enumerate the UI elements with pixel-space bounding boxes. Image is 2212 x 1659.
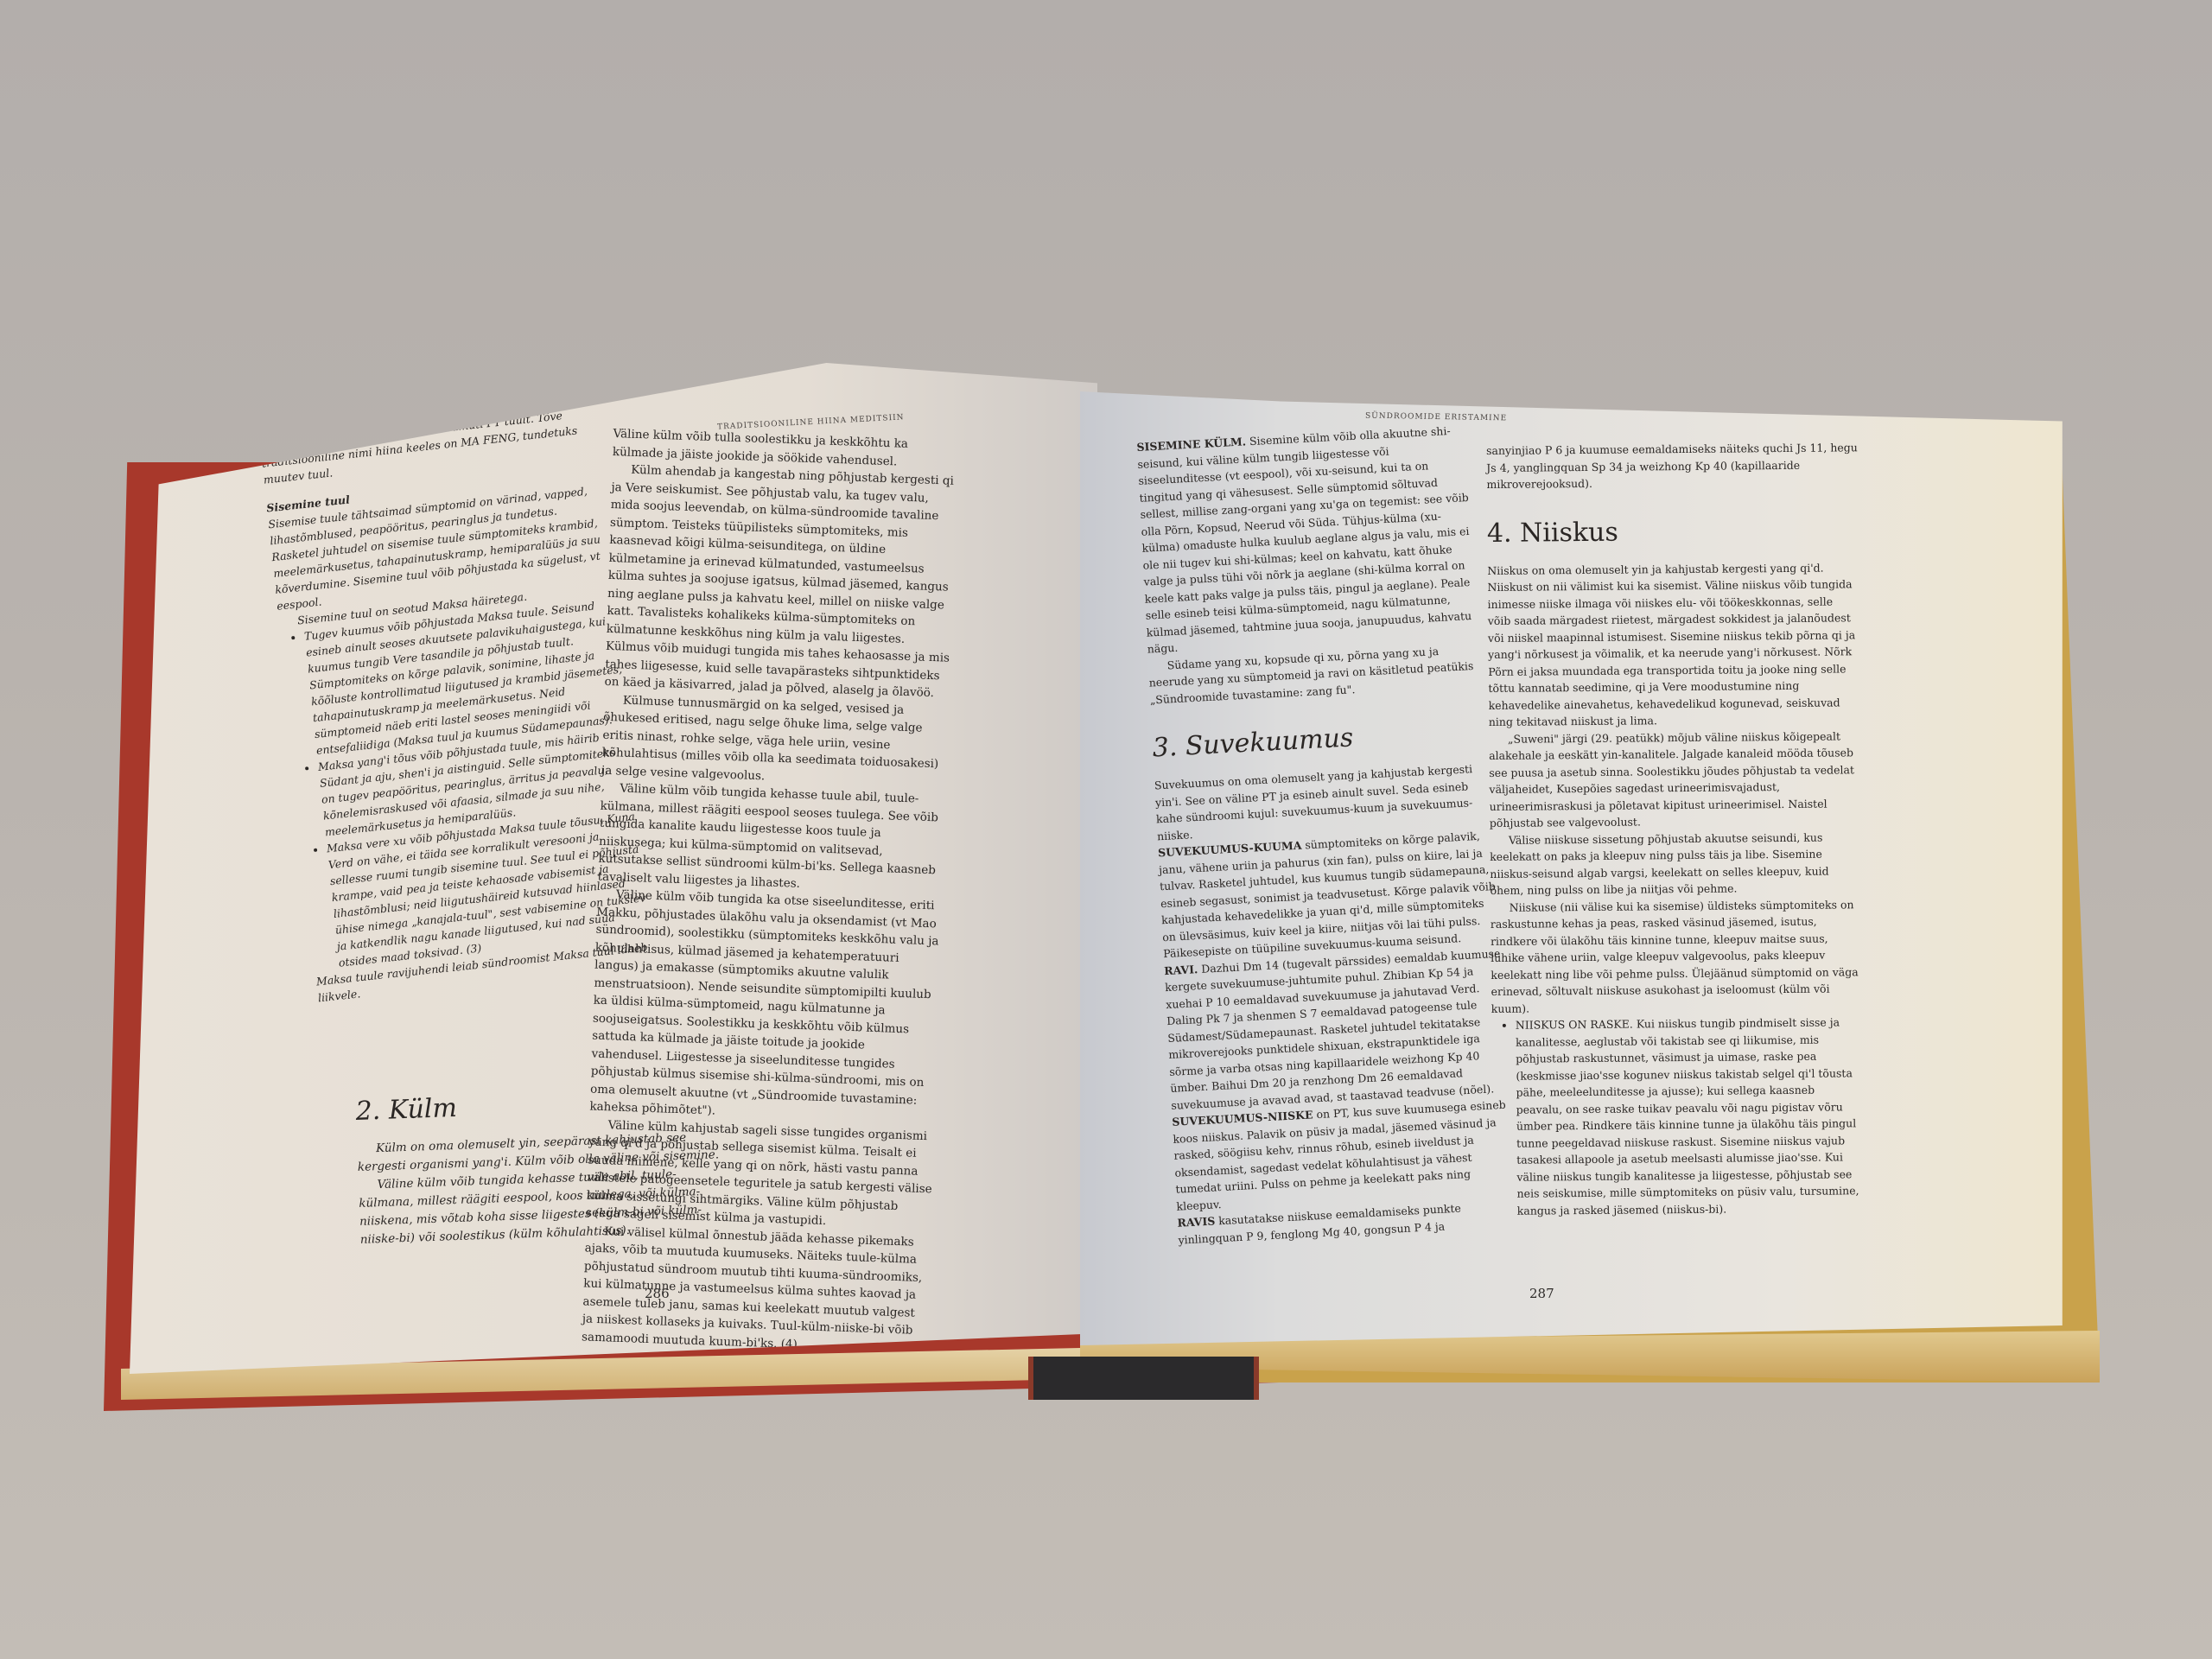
term-label: RAVIS xyxy=(1177,1214,1215,1229)
paragraph-text: Sisemine külm võib olla akuutne shi-seis… xyxy=(1137,424,1471,656)
paragraph-sisemine-kulm: SISEMINE KÜLM. Sisemine külm võib olla a… xyxy=(1136,422,1484,658)
right-page: SÜNDROOMIDE ERISTAMINE SISEMINE KÜLM. Si… xyxy=(1080,372,2082,1365)
paragraph: Niiskuse (nii välise kui ka sisemise) ül… xyxy=(1491,896,1863,1017)
paragraph: Väline külm võib tungida ka otse siseelu… xyxy=(589,886,943,1128)
term-label: SISEMINE KÜLM. xyxy=(1136,435,1246,454)
page-number-left: 286 xyxy=(645,1286,670,1301)
running-header-right: SÜNDROOMIDE ERISTAMINE xyxy=(1365,412,1507,423)
paragraph-text: Dazhui Dm 14 (tugevalt pärssides) eemald… xyxy=(1165,946,1501,1111)
paragraph: „Suweni" järgi (29. peatükk) mõjub välin… xyxy=(1489,728,1861,832)
right-page-column-1: SISEMINE KÜLM. Sisemine külm võib olla a… xyxy=(1136,422,1516,1249)
open-book: TRADITSIOONILINE HIINA MEDITSIIN Pidalit… xyxy=(0,0,2212,1659)
paragraph: Külmuse tunnusmärgid on ka selged, vesis… xyxy=(601,690,950,791)
bullet-item: NIISKUS ON RASKE. Kui niiskus tungib pin… xyxy=(1516,1014,1865,1218)
paragraph-ravi: RAVI. Dazhui Dm 14 (tugevalt pärssides) … xyxy=(1164,944,1509,1114)
paragraph: Väline külm võib tungida kehasse tuule a… xyxy=(597,779,946,898)
paragraph: Niiskus on oma olemuselt yin ja kahjusta… xyxy=(1487,559,1860,731)
bullet-list: NIISKUS ON RASKE. Kui niiskus tungib pin… xyxy=(1491,1014,1865,1219)
left-page-column-2: Väline külm võib tulla soolestikku ja ke… xyxy=(582,425,959,1357)
paragraph-kuuma: SUVEKUUMUS-KUUMA sümptomiteks on kõrge p… xyxy=(1158,827,1501,963)
paragraph: Välise niiskuse sissetung põhjustab akuu… xyxy=(1490,829,1862,899)
term-label: RAVI. xyxy=(1164,963,1198,977)
bullet-list: Tugev kuumus võib põhjustada Maksa tuule… xyxy=(279,595,651,974)
section-heading-suvekuumus: 3. Suvekuumus xyxy=(1152,716,1490,763)
page-number-right: 287 xyxy=(1529,1286,1554,1301)
section-heading-niiskus: 4. Niiskus xyxy=(1487,516,1859,549)
paragraph: Kui välisel külmal õnnestub jääda kehass… xyxy=(582,1222,931,1357)
paragraph: Külm ahendab ja kangestab ning põhjustab… xyxy=(604,461,957,702)
paragraph: Väline külm kahjustab sageli sisse tungi… xyxy=(586,1116,935,1234)
paragraph-niiske: SUVEKUUMUS-NIISKE on PT, kus suve kuumus… xyxy=(1172,1096,1514,1215)
book-spine xyxy=(1028,1357,1259,1400)
right-page-column-2: sanyinjiao P 6 ja kuumuse eemaldamiseks … xyxy=(1486,439,1865,1219)
left-page-column-1: Pidalitõve põhjuseks peetakse samuti PT … xyxy=(259,404,654,1006)
paragraph: sanyinjiao P 6 ja kuumuse eemaldamiseks … xyxy=(1486,439,1858,493)
left-page: TRADITSIOONILINE HIINA MEDITSIIN Pidalit… xyxy=(130,363,1097,1374)
